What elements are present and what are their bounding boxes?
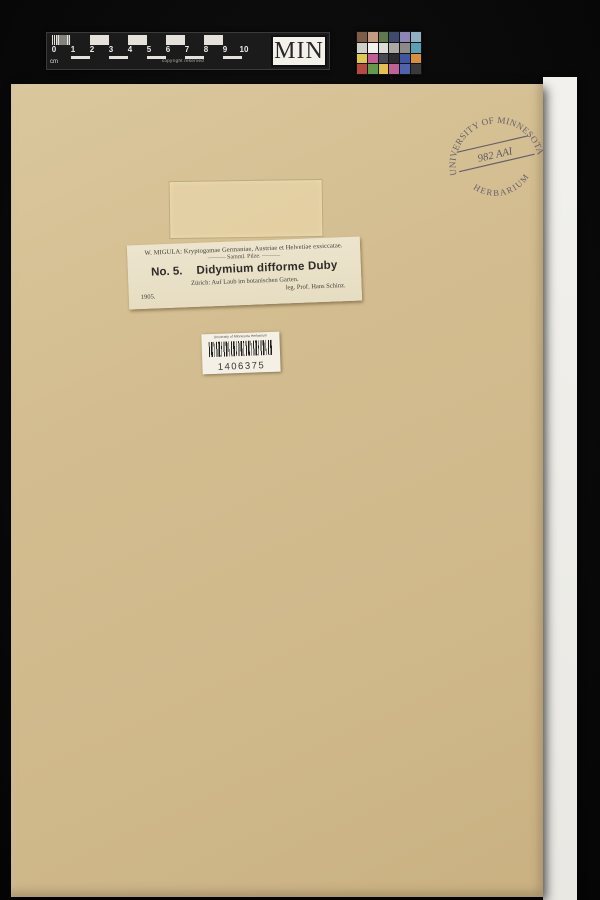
label-specimen-number: No. 5.	[151, 265, 183, 278]
ruler-cm-segment	[90, 56, 109, 59]
ruler-cm-segment	[147, 35, 166, 45]
ruler-checker-row-top	[52, 35, 242, 45]
color-calibration-chart	[356, 31, 422, 75]
svg-text:HERBARIUM: HERBARIUM	[470, 170, 534, 204]
ruler-unit-label: cm	[50, 59, 58, 65]
color-chart-patch	[368, 54, 378, 64]
ruler-copyright-text: copyright reserved	[162, 59, 277, 63]
ruler-number: 3	[109, 45, 113, 54]
ruler-cm-segment	[71, 35, 90, 45]
color-chart-patch	[357, 32, 367, 42]
ruler-cm-segment	[71, 56, 90, 59]
color-chart-patch	[411, 32, 421, 42]
institution-code-tag: MIN	[271, 35, 327, 67]
ruler-number: 1	[71, 45, 75, 54]
scale-bar-ruler: 012345678910 cm copyright reserved MIN	[46, 32, 330, 70]
color-chart-patch	[400, 43, 410, 53]
ruler-number: 0	[52, 45, 56, 54]
color-chart-patch	[389, 32, 399, 42]
stamp-handwritten-number: 982 AAI	[477, 145, 514, 165]
color-chart-patch	[400, 64, 410, 74]
ruler-cm-segment	[128, 35, 147, 45]
color-chart-patch	[379, 43, 389, 53]
ruler-number: 6	[166, 45, 170, 54]
barcode-icon	[209, 340, 273, 357]
color-chart-patch	[357, 64, 367, 74]
ruler-cm-segment	[128, 56, 147, 59]
color-chart-patch	[389, 64, 399, 74]
herbarium-photo: 012345678910 cm copyright reserved MIN U…	[0, 0, 600, 900]
color-chart-patch	[389, 43, 399, 53]
ruler-scale-area: 012345678910 cm copyright reserved	[50, 35, 262, 67]
ruler-cm-segment	[109, 35, 128, 45]
svg-text:UNIVERSITY OF MINNESOTA: UNIVERSITY OF MINNESOTA	[437, 105, 546, 177]
ruler-cm-segment	[109, 56, 128, 59]
ruler-cm-segment	[166, 35, 185, 45]
barcode-label: University of Minnesota Herbarium 140637…	[201, 332, 280, 375]
color-chart-patch	[400, 32, 410, 42]
color-chart-patch	[411, 43, 421, 53]
ruler-number: 10	[240, 45, 249, 54]
stamp-top-arc-text: UNIVERSITY OF MINNESOTA	[437, 105, 546, 177]
ruler-numbers: 012345678910	[52, 45, 262, 55]
color-chart-patch	[368, 43, 378, 53]
ruler-cm-segment	[223, 35, 242, 45]
ruler-cm-segment	[204, 35, 223, 45]
backing-paper-strip	[543, 77, 577, 900]
ruler-cm-segment	[185, 35, 204, 45]
ruler-number: 8	[204, 45, 208, 54]
ruler-number: 4	[128, 45, 132, 54]
specimen-label: W. MIGULA: Kryptogamae Germaniae, Austri…	[127, 237, 362, 310]
ruler-number: 7	[185, 45, 189, 54]
color-chart-patch	[411, 64, 421, 74]
barcode-header-text: University of Minnesota Herbarium	[208, 334, 273, 340]
ruler-cm-segment	[90, 35, 109, 45]
label-remnant-patch	[169, 179, 324, 239]
ruler-cm-segment	[52, 35, 71, 45]
ruler-number: 5	[147, 45, 151, 54]
color-chart-patch	[379, 32, 389, 42]
color-chart-patch	[411, 54, 421, 64]
color-chart-patch	[368, 32, 378, 42]
color-chart-patch	[368, 64, 378, 74]
barcode-number: 1406375	[215, 360, 269, 373]
ruler-number: 9	[223, 45, 227, 54]
stamp-bottom-arc-text: HERBARIUM	[470, 170, 534, 204]
color-chart-patch	[357, 54, 367, 64]
color-chart-patch	[379, 64, 389, 74]
institution-code-label: MIN	[274, 38, 324, 65]
ruler-number: 2	[90, 45, 94, 54]
color-chart-patch	[400, 54, 410, 64]
color-chart-patch	[389, 54, 399, 64]
color-chart-patch	[379, 54, 389, 64]
color-chart-patch	[357, 43, 367, 53]
